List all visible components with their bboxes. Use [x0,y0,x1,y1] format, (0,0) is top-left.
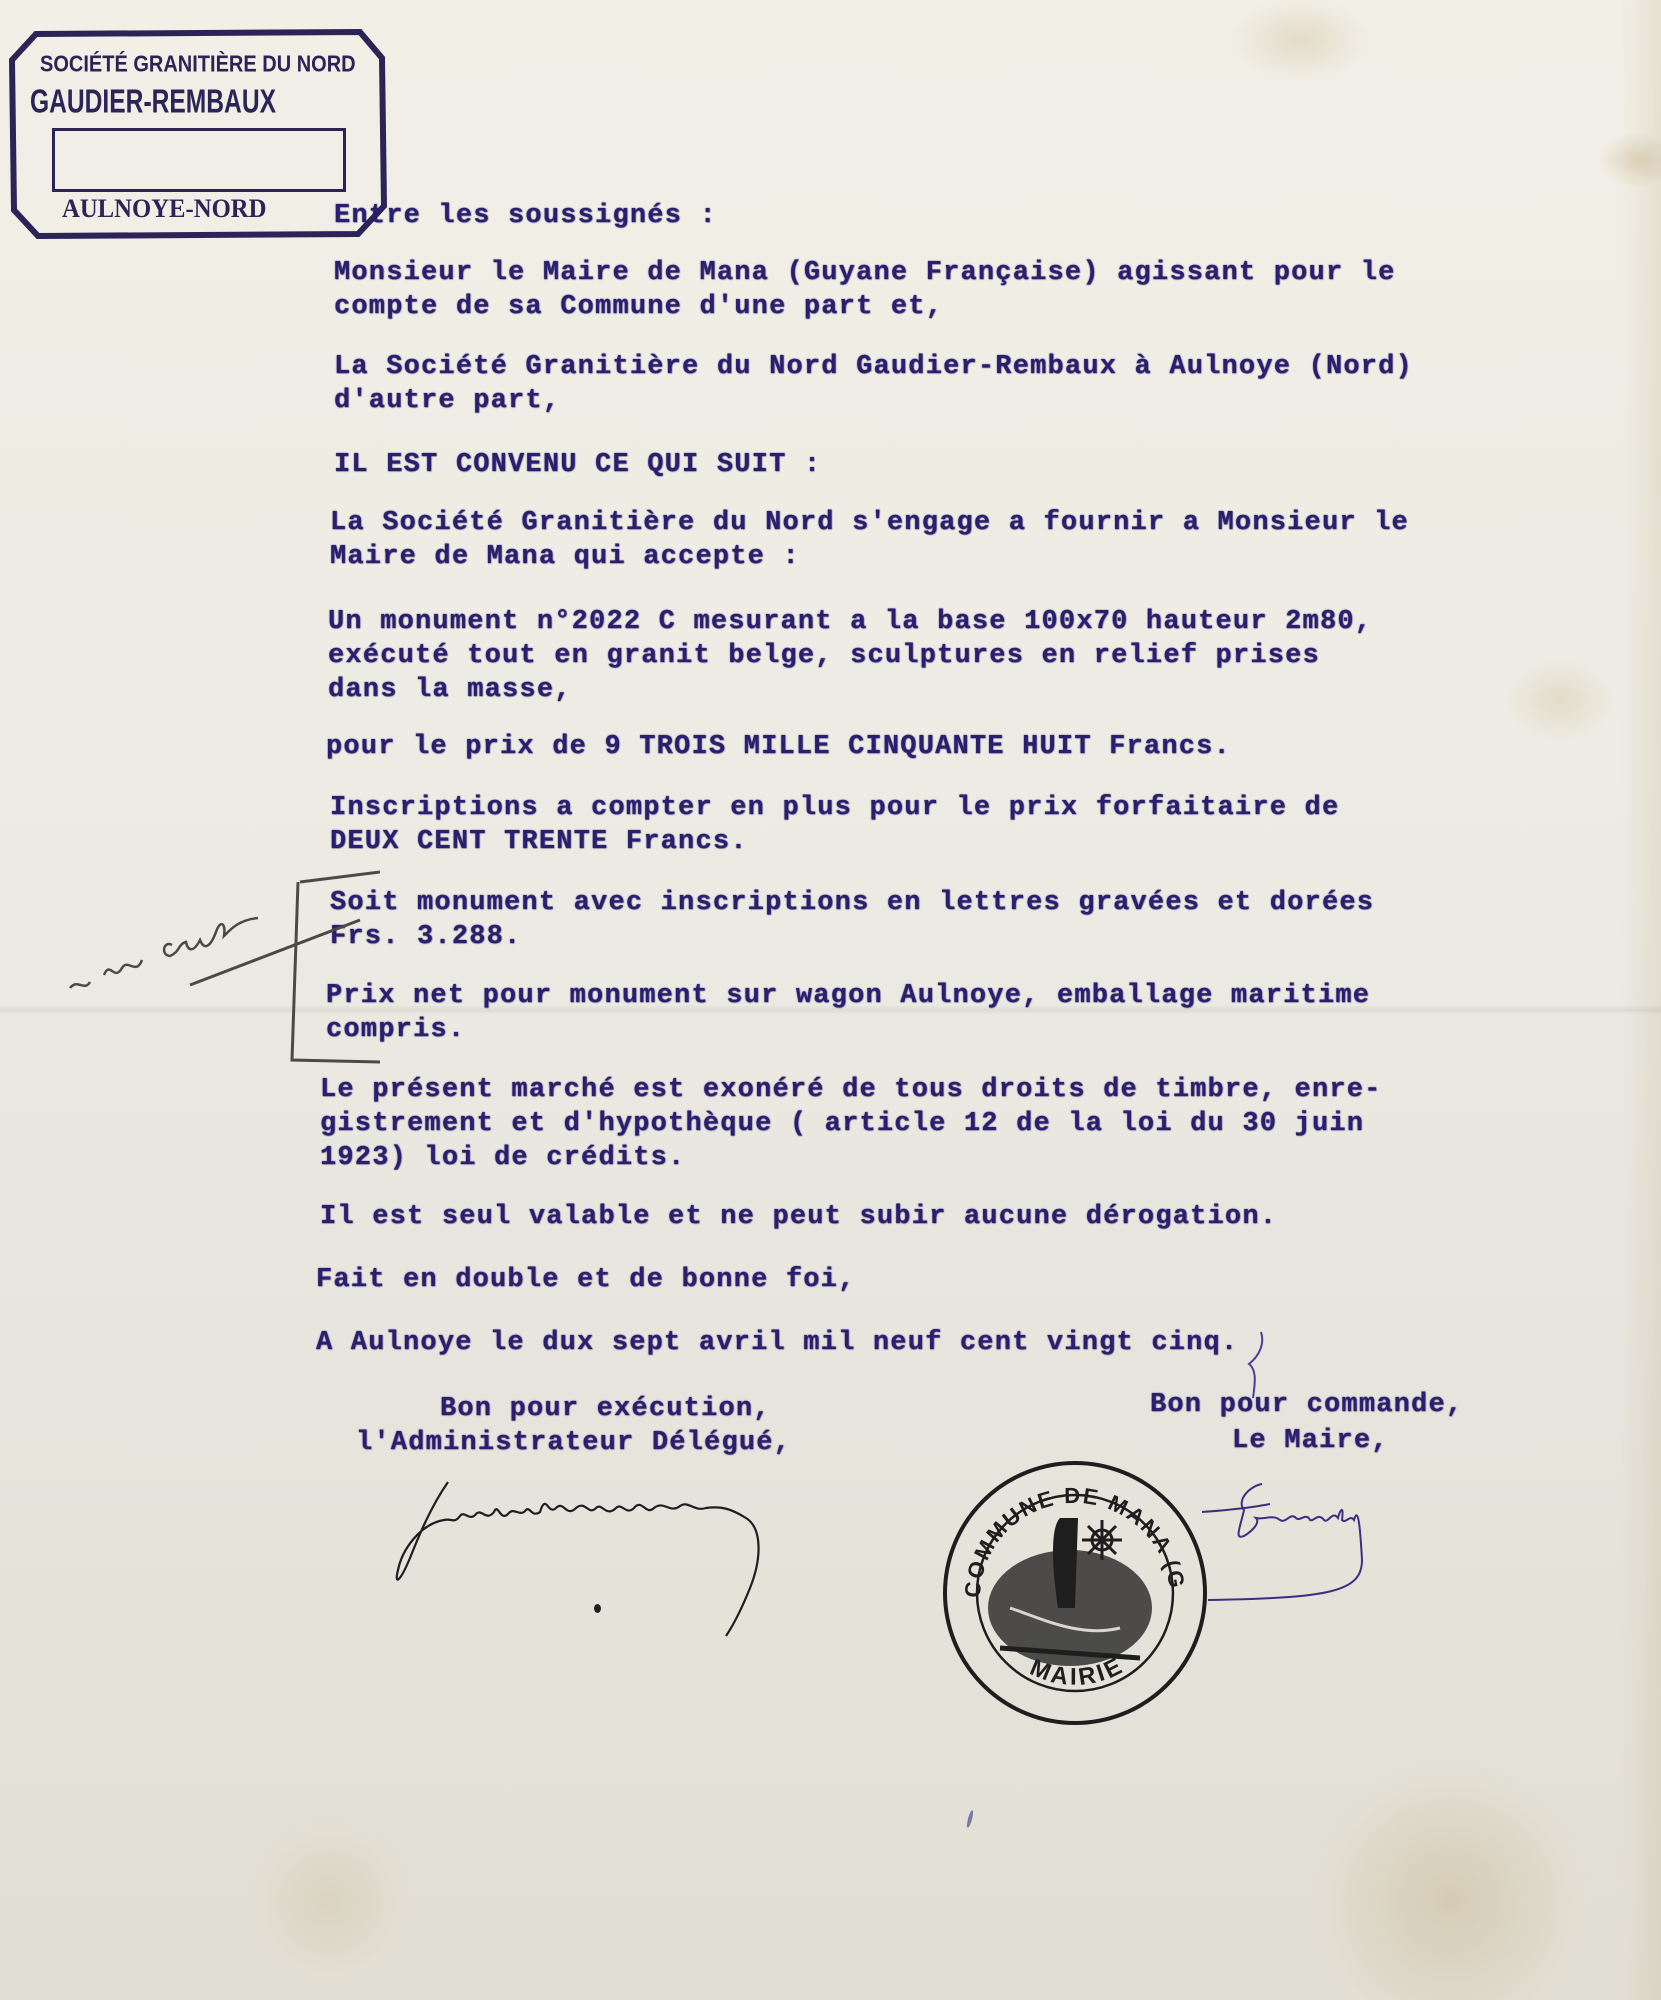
stamp-company-name: SOCIÉTÉ GRANITIÈRE DU NORD [40,52,356,78]
party1-line2: compte de sa Commune d'une part et, [334,290,943,324]
monument-line2: exécuté tout en granit belge, sculptures… [328,639,1320,673]
exemption-line2: gistrement et d'hypothèque ( article 12 … [320,1107,1364,1141]
party2-line1: La Société Granitière du Nord Gaudier-Re… [334,350,1413,384]
right-signature-caption2: Le Maire, [1232,1424,1389,1458]
duplicate-line: Fait en double et de bonne foi, [316,1263,855,1297]
paper-edge [1621,0,1661,2000]
total-line1: Soit monument avec inscriptions en lettr… [330,886,1374,920]
pen-correction-mark [1235,1330,1275,1400]
date-place-line: A Aulnoye le dux sept avril mil neuf cen… [316,1326,1238,1360]
party2-line2: d'autre part, [334,384,560,418]
company-stamp: SOCIÉTÉ GRANITIÈRE DU NORD GAUDIER-REMBA… [8,28,388,236]
exemption-line1: Le présent marché est exonéré de tous dr… [320,1073,1382,1107]
agreed-heading: IL EST CONVENU CE QUI SUIT : [334,448,821,482]
left-signature-caption2: l'Administrateur Délégué, [356,1426,791,1460]
engagement-line1: La Société Granitière du Nord s'engage a… [330,506,1409,540]
signature-maire-text: Bonnie [1200,1480,1258,1485]
opening-line: Entre les soussignés : [334,199,717,233]
margin-annotation: vingt cinq [60,860,380,1090]
validity-line: Il est seul valable et ne peut subir auc… [320,1200,1277,1234]
exemption-line3: 1923) loi de crédits. [320,1141,685,1175]
margin-annotation-text: vingt cinq [60,860,156,865]
price-line: pour le prix de 9 TROIS MILLE CINQUANTE … [326,730,1231,764]
signature-maire: Bonnie [1200,1480,1400,1620]
mairie-seal: COMMUNE DE MANA (GUYANE FRANÇAISE) MAIRI… [940,1458,1210,1728]
signature-gaudier-rembaux [390,1478,780,1638]
monument-line1: Un monument n°2022 C mesurant a la base … [328,605,1372,639]
engagement-line2: Maire de Mana qui accepte : [330,540,800,574]
marianne-emblem-icon [988,1518,1152,1666]
right-signature-caption1: Bon pour commande, [1150,1388,1463,1422]
ink-dot [594,1604,601,1613]
left-signature-caption1: Bon pour exécution, [440,1392,771,1426]
monument-line3: dans la masse, [328,673,572,707]
net-price-line1: Prix net pour monument sur wagon Aulnoye… [326,979,1370,1013]
inscriptions-line1: Inscriptions a compter en plus pour le p… [330,791,1339,825]
stamp-blank-box [52,128,346,192]
stamp-company-owner: GAUDIER-REMBAUX [30,84,276,121]
party1-line1: Monsieur le Maire de Mana (Guyane França… [334,256,1396,290]
stamp-company-location: AULNOYE-NORD [62,194,266,224]
inscriptions-line2: DEUX CENT TRENTE Francs. [330,825,748,859]
